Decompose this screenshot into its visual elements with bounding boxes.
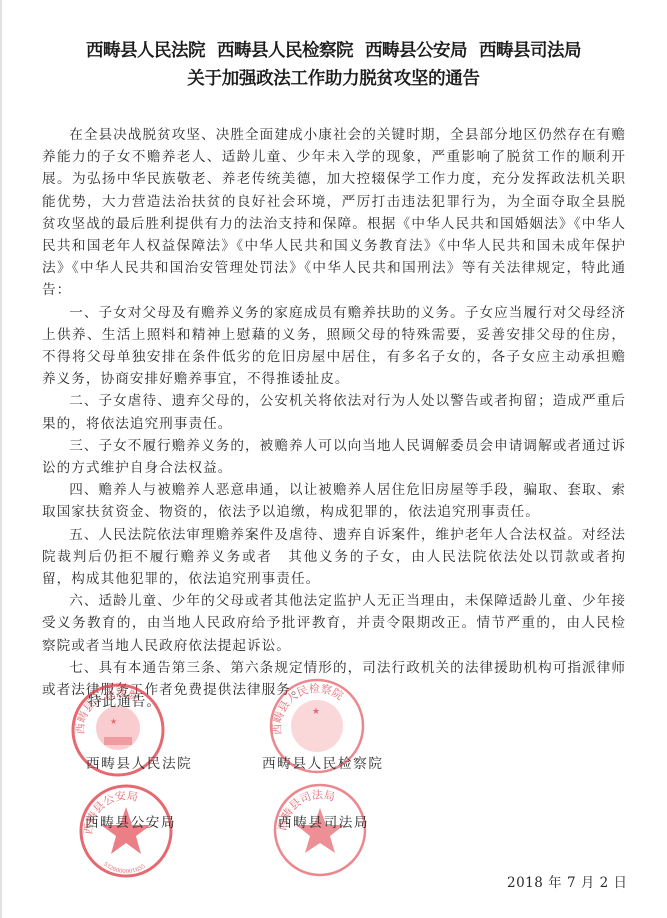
svg-text:★: ★ xyxy=(312,707,320,717)
paragraph-article-4: 四、赡养人与被赡养人恶意串通，以让被赡养人居住危旧房屋等手段，骗取、套取、索取国… xyxy=(42,479,626,523)
paragraph-article-1: 一、子女对父母及有赡养义务的家庭成员有赡养扶助的义务。子女应当履行对父母经济上供… xyxy=(42,302,626,391)
signature-procuratorate: 西畴县人民检察院 xyxy=(262,752,384,772)
issuer-court: 西畴县人民法院 xyxy=(86,41,205,61)
issuer-procuratorate: 西畴县人民检察院 xyxy=(217,41,353,61)
issuer-police: 西畴县公安局 xyxy=(365,41,467,61)
paragraph-preamble: 在全县决战脱贫攻坚、决胜全面建成小康社会的关键时期，全县部分地区仍然存在有赡养能… xyxy=(42,124,626,302)
police-seal-icon: 西畴县公安局 5326000001655 xyxy=(78,783,174,879)
page-border xyxy=(0,0,2,918)
paragraph-article-6: 六、适龄儿童、少年的父母或者其他法定监护人无正当理由，未保障适龄儿童、少年接受义… xyxy=(42,590,626,657)
document-body: 在全县决战脱贫攻坚、决胜全面建成小康社会的关键时期，全县部分地区仍然存在有赡养能… xyxy=(42,124,626,701)
document-title: 关于加强政法工作助力脱贫攻坚的通告 xyxy=(0,65,667,93)
signature-court: 西畴县人民法院 xyxy=(86,752,192,772)
document-header: 西畴县人民法院西畴县人民检察院西畴县公安局西畴县司法局 关于加强政法工作助力脱贫… xyxy=(0,37,667,93)
issuing-agencies: 西畴县人民法院西畴县人民检察院西畴县公安局西畴县司法局 xyxy=(0,37,667,65)
paragraph-article-2: 二、子女虐待、遗弃父母的，公安机关将依法对行为人处以警告或者拘留；造成严重后果的… xyxy=(42,390,626,434)
document-date: 2018 年 7 月 2 日 xyxy=(507,871,628,891)
signature-justice: 西畴县司法局 xyxy=(278,811,369,831)
svg-text:★: ★ xyxy=(110,717,117,726)
signature-police: 西畴县公安局 xyxy=(85,811,176,831)
paragraph-article-5: 五、人民法院依法审理赡养案件及虐待、遗弃自诉案件，维护老年人合法权益。对经法院裁… xyxy=(42,524,626,591)
closing-remark: 特此通告。 xyxy=(88,690,161,710)
issuer-justice: 西畴县司法局 xyxy=(479,41,581,61)
paragraph-article-3: 三、子女不履行赡养义务的，被赡养人可以向当地人民调解委员会申请调解或者通过诉讼的… xyxy=(42,435,626,479)
